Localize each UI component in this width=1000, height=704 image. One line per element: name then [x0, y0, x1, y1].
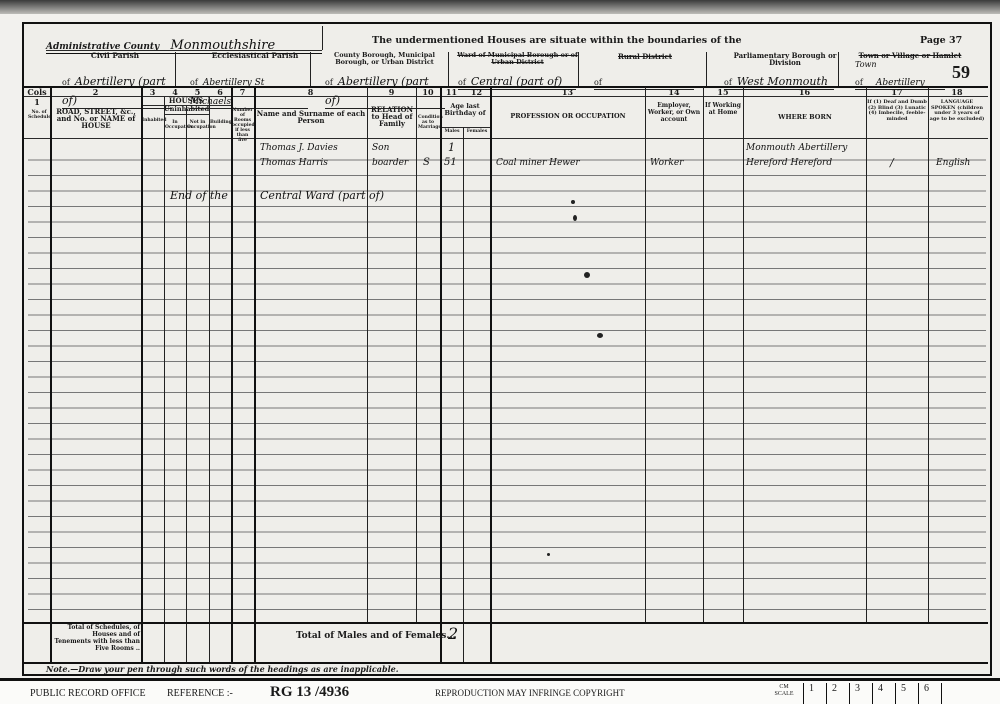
age-male: 51	[444, 157, 457, 168]
scale-label: CM SCALE	[772, 684, 796, 698]
col-relation-header: RELATION to Head of Family	[368, 106, 416, 127]
col-name-header: Name and Surname of each Person	[256, 110, 366, 124]
col-infirmity-header: If (1) Deaf and Dumb (2) Blind (3) Lunat…	[867, 100, 927, 122]
houses-header: HOUSES	[141, 97, 231, 104]
scan-shadow	[0, 0, 1000, 14]
ward-label: Ward of Municipal Borough or of Urban Di…	[455, 52, 580, 66]
birthplace: Monmouth Abertillery	[746, 143, 847, 153]
rural-district-label: Rural District	[600, 53, 690, 60]
col-schedule-header: No. of Schedule	[28, 110, 50, 120]
males-total: 2	[448, 624, 458, 643]
col-not-in-occupation-header: Not in Occupation	[187, 120, 208, 130]
person-name: Thomas Harris	[260, 158, 328, 168]
civil-parish-label: Civil Parish	[60, 52, 170, 59]
end-note-left: End of the	[170, 189, 228, 202]
town-label: Town or Village or Hamlet	[850, 52, 970, 59]
employment: Worker	[650, 158, 683, 168]
ruled-rows	[28, 145, 986, 622]
schedules-total-label: Total of Schedules, of Houses and of Ten…	[54, 624, 140, 652]
page-number: Page 37	[920, 35, 962, 46]
office-label: PUBLIC RECORD OFFICE	[30, 688, 146, 699]
col-in-occupation-header: In Occupation	[165, 120, 185, 130]
col-condition-header: Condition as to Marriage	[418, 115, 438, 130]
col-employment-header: Employer, Worker, or Own account	[646, 102, 702, 123]
relation: Son	[372, 143, 389, 153]
scale-mark: 1	[803, 683, 826, 704]
age-male: 1	[448, 141, 455, 154]
condition: S	[423, 157, 430, 168]
col-road-header: ROAD, STREET, &c., and No. or NAME of HO…	[52, 108, 140, 129]
person-name: Thomas J. Davies	[260, 143, 338, 153]
col-females-header: Females	[464, 129, 490, 134]
col-building-header: Building	[210, 120, 230, 125]
relation: boarder	[372, 158, 408, 168]
schedule-number: 59	[952, 62, 970, 83]
copyright-notice: REPRODUCTION MAY INFRINGE COPYRIGHT	[435, 688, 625, 698]
reference-number: RG 13 /4936	[270, 684, 349, 701]
borough-label: County Borough, Municipal Borough, or Ur…	[322, 52, 447, 66]
scale-mark: 2	[826, 683, 849, 704]
col-occupation-header: PROFESSION OR OCCUPATION	[492, 113, 644, 120]
col-inhabited-header: Inhabited	[142, 118, 163, 123]
scale-mark-end	[941, 683, 981, 704]
males-females-total-label: Total of Males and of Females...	[296, 631, 456, 641]
parliamentary-label: Parliamentary Borough or Division	[725, 52, 845, 66]
scale-mark: 6	[918, 683, 941, 704]
scale-mark: 5	[895, 683, 918, 704]
footer: PUBLIC RECORD OFFICE REFERENCE :- RG 13 …	[0, 678, 1000, 704]
occupation: Coal miner Hewer	[496, 158, 580, 168]
scale-mark: 4	[872, 683, 895, 704]
note: Note.—Draw your pen through such words o…	[46, 664, 398, 674]
language: English	[936, 158, 970, 168]
end-note-right: Central Ward (part of)	[260, 189, 384, 202]
town-annotation: Town	[855, 60, 877, 69]
scale-mark: 3	[849, 683, 872, 704]
boundaries-text: The undermentioned Houses are situate wi…	[372, 35, 742, 46]
reference-label: REFERENCE :-	[167, 688, 233, 699]
col-males-header: Males	[441, 129, 463, 134]
col-age-header: Age last Birthday of	[441, 103, 489, 117]
ecclesiastical-parish-label: Ecclesiastical Parish	[195, 52, 315, 59]
col-language-header: LANGUAGE SPOKEN (children under 3 years …	[929, 100, 985, 122]
infirmity: /	[890, 156, 894, 169]
col-home-header: If Working at Home	[704, 102, 742, 116]
col-born-header: WHERE BORN	[745, 114, 865, 121]
birthplace: Hereford Hereford	[746, 158, 832, 168]
